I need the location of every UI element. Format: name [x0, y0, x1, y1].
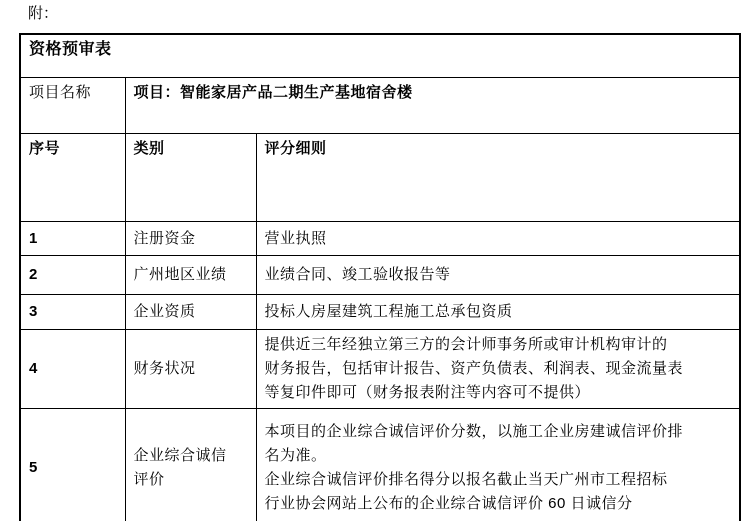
row-category-cell: 企业综合诚信 评价 [125, 409, 256, 521]
row-criteria-cell: 本项目的企业综合诚信评价分数，以施工企业房建诚信评价排 名为准。 企业综合诚信评… [256, 409, 740, 521]
row-criteria-cell: 投标人房屋建筑工程施工总承包资质 [256, 295, 740, 330]
header-no: 序号 [20, 134, 125, 222]
project-name-value: 项目：智能家居产品二期生产基地宿舍楼 [125, 78, 740, 134]
table-title-row: 资格预审表 [20, 34, 740, 78]
table-row: 5 企业综合诚信 评价 本项目的企业综合诚信评价分数，以施工企业房建诚信评价排 … [20, 409, 740, 521]
table-row: 3 企业资质 投标人房屋建筑工程施工总承包资质 [20, 295, 740, 330]
header-category: 类别 [125, 134, 256, 222]
document-page: 附： 资格预审表 项目名称 项目：智能家居产品二期生产基地宿舍楼 序号 类别 评… [0, 0, 755, 521]
row-no-cell: 5 [20, 409, 125, 521]
row-category-cell: 注册资金 [125, 222, 256, 256]
row-criteria-cell: 业绩合同、竣工验收报告等 [256, 256, 740, 295]
attachment-label: 附： [28, 4, 58, 24]
row-no-cell: 2 [20, 256, 125, 295]
row-no-cell: 1 [20, 222, 125, 256]
table-row: 2 广州地区业绩 业绩合同、竣工验收报告等 [20, 256, 740, 295]
prequalification-table: 资格预审表 项目名称 项目：智能家居产品二期生产基地宿舍楼 序号 类别 评分细则… [19, 33, 741, 521]
header-criteria: 评分细则 [256, 134, 740, 222]
row-category-cell: 企业资质 [125, 295, 256, 330]
row-criteria-cell: 提供近三年经独立第三方的会计师事务所或审计机构审计的 财务报告，包括审计报告、资… [256, 330, 740, 409]
row-category-cell: 广州地区业绩 [125, 256, 256, 295]
row-no-cell: 3 [20, 295, 125, 330]
project-name-label: 项目名称 [20, 78, 125, 134]
table-title: 资格预审表 [20, 34, 740, 78]
row-criteria-cell: 营业执照 [256, 222, 740, 256]
table-row: 1 注册资金 营业执照 [20, 222, 740, 256]
row-category-cell: 财务状况 [125, 330, 256, 409]
table-header-row: 序号 类别 评分细则 [20, 134, 740, 222]
table-row: 4 财务状况 提供近三年经独立第三方的会计师事务所或审计机构审计的 财务报告，包… [20, 330, 740, 409]
row-no-cell: 4 [20, 330, 125, 409]
project-name-row: 项目名称 项目：智能家居产品二期生产基地宿舍楼 [20, 78, 740, 134]
